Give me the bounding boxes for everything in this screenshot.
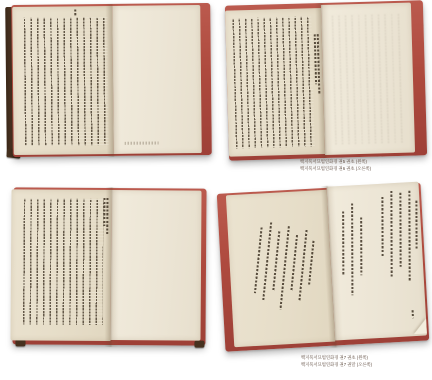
caption-line-2: 백지묵서묘법연화경 권7 권말 (오른쪽) — [301, 362, 372, 369]
handwritten-text-dense — [21, 17, 108, 146]
caption-line-1: 백지묵서묘법연화경 권7 권초 (왼쪽) — [301, 355, 372, 362]
right-page — [327, 182, 427, 341]
chapter-heading-column — [106, 198, 108, 234]
right-page-blank — [110, 190, 201, 341]
chapter-heading-column — [103, 198, 105, 226]
caption-bottom-right: 백지묵서묘법연화경 권7 권초 (왼쪽) 백지묵서묘법연화경 권7 권말 (오른… — [301, 355, 372, 369]
caption-top-right: 백지묵서묘법연화경 권5 권초 (왼쪽) 백지묵서묘법연화경 권6 권초 (오른… — [300, 159, 371, 173]
right-page-blank — [112, 5, 202, 154]
colophon-text-block — [250, 221, 323, 323]
ink-bleedthrough — [329, 13, 407, 145]
photo-manuscript-vol7-end — [217, 180, 432, 353]
handwritten-text-dense — [230, 16, 315, 148]
page-header-mark — [74, 9, 76, 15]
end-title-column — [317, 34, 320, 94]
pencil-shelfmark — [125, 141, 159, 144]
photo-manuscript-vol5 — [5, 3, 212, 158]
colophon-text-block — [342, 203, 368, 303]
left-page — [10, 189, 111, 341]
caption-line-2: 백지묵서묘법연화경 권6 권초 (오른쪽) — [300, 166, 371, 173]
right-page-blank — [321, 3, 415, 155]
handwritten-text-dense — [21, 198, 104, 325]
caption-line-1: 백지묵서묘법연화경 권5 권초 (왼쪽) — [300, 159, 371, 166]
photo-manuscript-vol7-start — [6, 186, 206, 347]
photo-manuscript-vol6 — [221, 0, 427, 161]
left-page — [226, 190, 335, 347]
left-page — [12, 6, 114, 155]
catalog-page: 백지묵서묘법연화경 권5 권초 (왼쪽) 백지묵서묘법연화경 권6 권초 (오른… — [0, 0, 432, 380]
small-mark — [412, 310, 414, 318]
left-page — [225, 8, 325, 157]
page-corner-curl — [413, 318, 427, 334]
cover-corner — [194, 341, 204, 348]
colophon-text-block — [381, 191, 419, 287]
